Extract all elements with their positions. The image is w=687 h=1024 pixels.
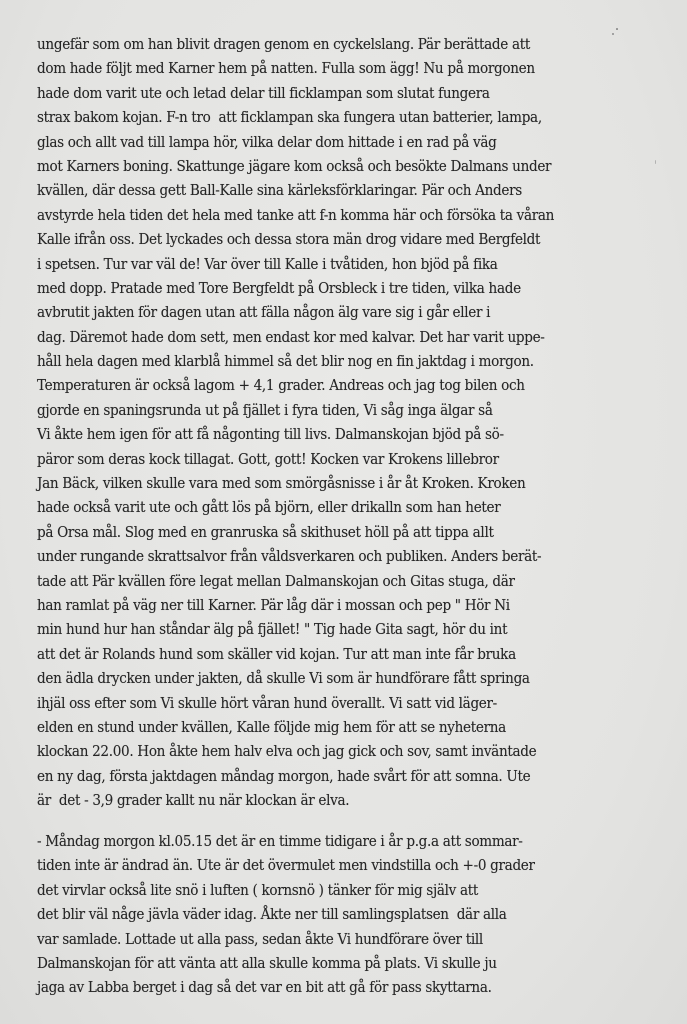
text-line: strax bakom kojan. F-n tro att ficklampa… [37, 106, 554, 130]
text-line: avbrutit jakten för dagen utan att fälla… [37, 301, 554, 325]
text-line: Temperaturen är också lagom + 4,1 grader… [37, 374, 554, 398]
text-line: Kalle ifrån oss. Det lyckades och dessa … [37, 228, 554, 252]
text-line: tade att Pär kvällen före legat mellan D… [37, 570, 554, 594]
text-line: det virvlar också lite snö i luften ( ko… [37, 879, 535, 903]
text-line: under rungande skrattsalvor från våldsve… [37, 545, 554, 569]
text-line: den ädla drycken under jakten, då skulle… [37, 667, 554, 691]
text-line: Vi åkte hem igen för att få någonting ti… [37, 423, 554, 447]
text-line: dom hade följt med Karner hem på natten.… [37, 57, 554, 81]
text-line: att det är Rolands hund som skäller vid … [37, 643, 554, 667]
paragraph-1: ungefär som om han blivit dragen genom e… [37, 33, 593, 814]
text-line: gjorde en spaningsrunda ut på fjället i … [37, 399, 554, 423]
text-line: tiden inte är ändrad än. Ute är det över… [37, 854, 535, 878]
text-line: det blir väl någe jävla väder idag. Åkte… [37, 903, 535, 927]
text-line: var samlade. Lottade ut alla pass, sedan… [37, 928, 535, 952]
text-line: ihjäl oss efter som Vi skulle hört våran… [37, 692, 554, 716]
text-line: kvällen, där dessa gett Ball-Kalle sina … [37, 179, 554, 203]
text-line: dag. Däremot hade dom sett, men endast k… [37, 326, 554, 350]
text-line: päror som deras kock tillagat. Gott, got… [37, 448, 554, 472]
text-line: en ny dag, första jaktdagen måndag morgo… [37, 765, 554, 789]
text-line: hade också varit ute och gått lös på bjö… [37, 496, 554, 520]
text-line: Dalmanskojan för att vänta att alla skul… [37, 952, 535, 976]
text-line: elden en stund under kvällen, Kalle följ… [37, 716, 554, 740]
text-line: hade dom varit ute och letad delar till … [37, 82, 554, 106]
text-line: med dopp. Pratade med Tore Bergfeldt på … [37, 277, 554, 301]
text-line: Jan Bäck, vilken skulle vara med som smö… [37, 472, 554, 496]
text-line: han ramlat på väg ner till Karner. Pär l… [37, 594, 554, 618]
text-line: i spetsen. Tur var väl de! Var över till… [37, 253, 554, 277]
text-line: glas och allt vad till lampa hör, vilka … [37, 131, 554, 155]
ink-speck [612, 33, 614, 35]
ink-speck [655, 160, 656, 164]
text-line: mot Karners boning. Skattunge jägare kom… [37, 155, 554, 179]
text-line: klockan 22.00. Hon åkte hem halv elva oc… [37, 740, 554, 764]
text-line: är det - 3,9 grader kallt nu när klockan… [37, 789, 554, 813]
text-line: ungefär som om han blivit dragen genom e… [37, 33, 554, 57]
text-line: håll hela dagen med klarblå himmel så de… [37, 350, 554, 374]
text-line: - Måndag morgon kl.05.15 det är en timme… [37, 830, 535, 854]
text-line: min hund hur han ståndar älg på fjället!… [37, 618, 554, 642]
text-line: jaga av Labba berget i dag så det var en… [37, 976, 535, 1000]
text-line: avstyrde hela tiden det hela med tanke a… [37, 204, 554, 228]
document-page: ungefär som om han blivit dragen genom e… [0, 0, 687, 1024]
paragraph-2: - Måndag morgon kl.05.15 det är en timme… [37, 830, 572, 1001]
ink-speck [616, 28, 618, 30]
text-line: på Orsa mål. Slog med en granruska så sk… [37, 521, 554, 545]
